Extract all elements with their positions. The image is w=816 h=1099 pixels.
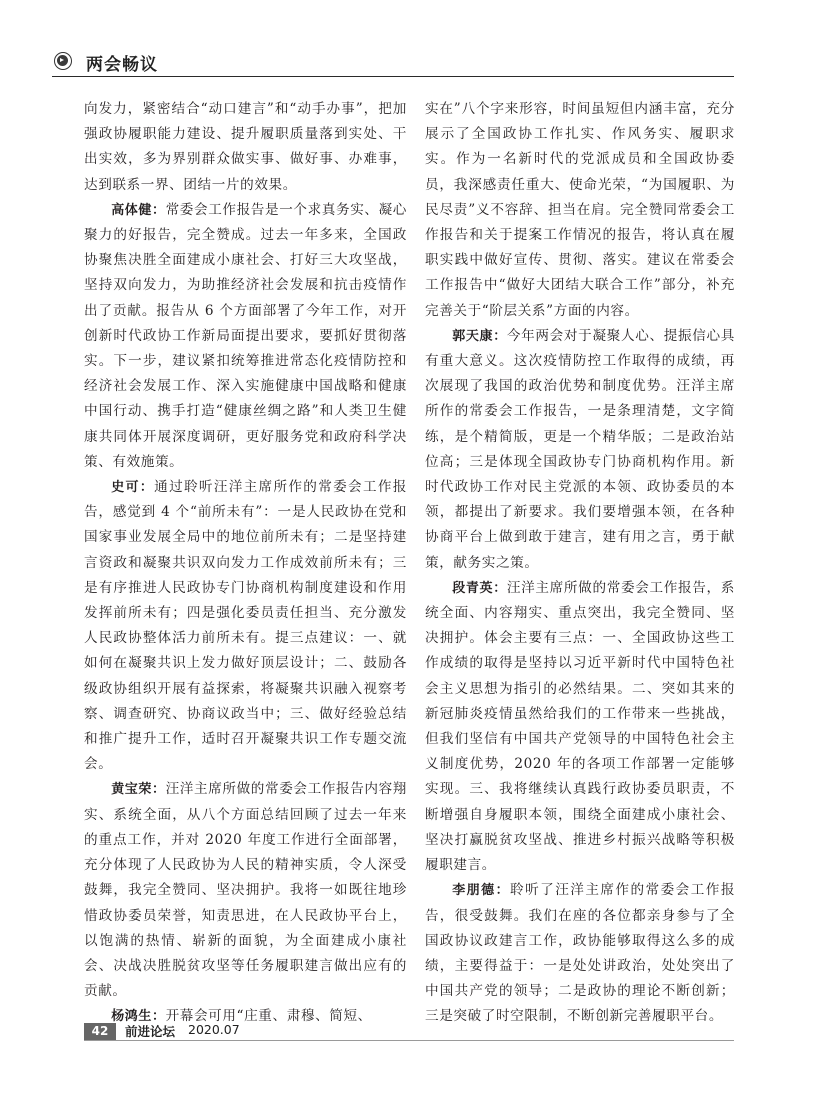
paragraph: 史可：通过聆听汪洋主席所作的常委会工作报告，感觉到 4 个“前所未有”：一是人民… xyxy=(84,475,407,777)
paragraph: 实在”八个字来形容，时间虽短但内涵丰富，充分展示了全国政协工作扎实、作风务实、履… xyxy=(425,97,735,324)
speaker-name: 高体健： xyxy=(111,203,165,218)
paragraph: 高体健：常委会工作报告是一个求真务实、凝心聚力的好报告，完全赞成。过去一年多来，… xyxy=(84,198,407,475)
paragraph: 向发力，紧密结合“动口建言”和“动手办事”，把加强政协履职能力建设、提升履职质量… xyxy=(84,97,407,198)
page-footer: 42 前进论坛 2020.07 xyxy=(84,1024,734,1041)
paragraph: 段青英：汪洋主席所做的常委会工作报告，系统全面、内容翔实、重点突出，我完全赞同、… xyxy=(425,576,735,878)
paragraph-text: 今年两会对于凝聚人心、提振信心具有重大意义。这次疫情防控工作取得的成绩，再次展现… xyxy=(425,328,735,571)
paragraph: 黄宝荣：汪洋主席所做的常委会工作报告内容翔实、系统全面，从八个方面总结回顾了过去… xyxy=(84,777,407,1004)
speaker-name: 黄宝荣： xyxy=(111,782,165,797)
paragraph-text: 汪洋主席所做的常委会工作报告，系统全面、内容翔实、重点突出，我完全赞同、坚决拥护… xyxy=(425,580,735,873)
circle-arrow-right-icon xyxy=(54,52,72,70)
speaker-name: 郭天康： xyxy=(452,329,507,344)
paragraph-text: 聆听了汪洋主席作的常委会工作报告，很受鼓舞。我们在座的各位都亲身参与了全国政协议… xyxy=(425,882,735,1024)
speaker-name: 李朋德： xyxy=(452,883,510,898)
paragraph: 李朋德：聆听了汪洋主席作的常委会工作报告，很受鼓舞。我们在座的各位都亲身参与了全… xyxy=(425,878,735,1029)
paragraph-text: 实在”八个字来形容，时间虽短但内涵丰富，充分展示了全国政协工作扎实、作风务实、履… xyxy=(425,101,735,319)
issue-number: 2020.07 xyxy=(188,1022,240,1037)
paragraph: 郭天康：今年两会对于凝聚人心、提振信心具有重大意义。这次疫情防控工作取得的成绩，… xyxy=(425,324,735,576)
section-title: 两会畅议 xyxy=(86,50,158,75)
speaker-name: 段青英： xyxy=(452,581,507,596)
right-column: 实在”八个字来形容，时间虽短但内涵丰富，充分展示了全国政协工作扎实、作风务实、履… xyxy=(425,97,735,1030)
section-header: 两会畅议 xyxy=(52,52,734,77)
paragraph-text: 汪洋主席所做的常委会工作报告内容翔实、系统全面，从八个方面总结回顾了过去一年来的… xyxy=(84,781,407,999)
left-column: 向发力，紧密结合“动口建言”和“动手办事”，把加强政协履职能力建设、提升履职质量… xyxy=(84,97,407,1030)
paragraph-text: 常委会工作报告是一个求真务实、凝心聚力的好报告，完全赞成。过去一年多来，全国政协… xyxy=(84,202,407,470)
speaker-name: 史可： xyxy=(111,480,154,495)
paragraph-text: 通过聆听汪洋主席所作的常委会工作报告，感觉到 4 个“前所未有”：一是人民政协在… xyxy=(84,479,407,772)
page-number: 42 xyxy=(84,1023,116,1040)
journal-name: 前进论坛 xyxy=(125,1022,175,1040)
paragraph-text: 向发力，紧密结合“动口建言”和“动手办事”，把加强政协履职能力建设、提升履职质量… xyxy=(84,101,407,193)
